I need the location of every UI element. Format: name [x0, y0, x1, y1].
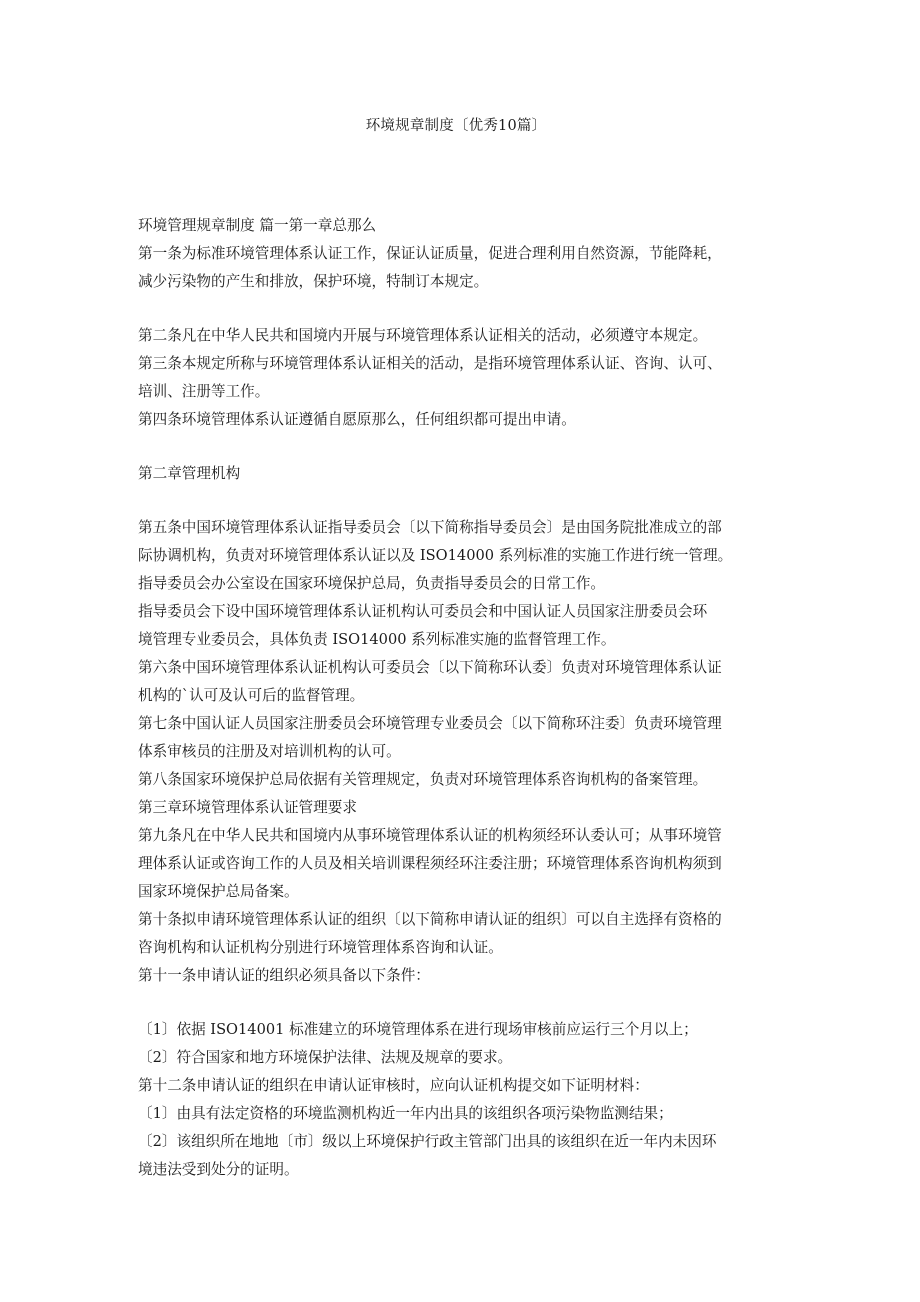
paragraph-line: 减少污染物的产生和排放，保护环境，特制订本规定。: [138, 268, 800, 296]
paragraph-line: 第七条中国认证人员国家注册委员会环境管理专业委员会〔以下简称环注委〕负责环境管理: [138, 710, 800, 738]
paragraph-line: 指导委员会办公室设在国家环境保护总局，负责指导委员会的日常工作。: [138, 570, 800, 598]
paragraph-gap: [138, 434, 800, 460]
document-body: 环境管理规章制度 篇一第一章总那么 第一条为标准环境管理体系认证工作，保证认证质…: [138, 212, 800, 1184]
document-title: 环境规章制度〔优秀10篇〕: [0, 115, 912, 137]
paragraph-line: 理体系认证或咨询工作的人员及相关培训课程须经环注委注册；环境管理体系咨询机构须到: [138, 850, 800, 878]
paragraph-line: 培训、注册等工作。: [138, 378, 800, 406]
list-item: 〔1〕依据 ISO14001 标准建立的环境管理体系在进行现场审核前应运行三个月…: [138, 1016, 800, 1044]
paragraph-line: 际协调机构，负责对环境管理体系认证以及 ISO14000 系列标准的实施工作进行…: [138, 542, 800, 570]
paragraph-line: 第十一条申请认证的组织必须具备以下条件：: [138, 962, 800, 990]
paragraph-line: 第四条环境管理体系认证遵循自愿原那么，任何组织都可提出申请。: [138, 406, 800, 434]
paragraph-line: 境管理专业委员会，具体负责 ISO14000 系列标准实施的监督管理工作。: [138, 626, 800, 654]
chapter-heading: 第三章环境管理体系认证管理要求: [138, 794, 800, 822]
paragraph-line: 第一条为标准环境管理体系认证工作，保证认证质量，促进合理利用自然资源，节能降耗，: [138, 240, 800, 268]
paragraph-line: 第九条凡在中华人民共和国境内从事环境管理体系认证的机构须经环认委认可；从事环境管: [138, 822, 800, 850]
paragraph-gap: [138, 488, 800, 514]
list-item: 〔1〕由具有法定资格的环境监测机构近一年内出具的该组织各项污染物监测结果；: [138, 1100, 800, 1128]
paragraph-gap: [138, 296, 800, 322]
paragraph-line: 第六条中国环境管理体系认证机构认可委员会〔以下简称环认委〕负责对环境管理体系认证: [138, 654, 800, 682]
list-item: 〔2〕符合国家和地方环境保护法律、法规及规章的要求。: [138, 1044, 800, 1072]
paragraph-line: 第十条拟申请环境管理体系认证的组织〔以下简称申请认证的组织〕可以自主选择有资格的: [138, 906, 800, 934]
document-page: 环境规章制度〔优秀10篇〕 环境管理规章制度 篇一第一章总那么 第一条为标准环境…: [0, 0, 920, 1302]
chapter-heading: 第二章管理机构: [138, 460, 800, 488]
paragraph-line: 第五条中国环境管理体系认证指导委员会〔以下简称指导委员会〕是由国务院批准成立的部: [138, 514, 800, 542]
paragraph-line: 体系审核员的注册及对培训机构的认可。: [138, 738, 800, 766]
paragraph-line: 第十二条申请认证的组织在申请认证审核时，应向认证机构提交如下证明材料：: [138, 1072, 800, 1100]
paragraph-line: 境违法受到处分的证明。: [138, 1156, 800, 1184]
list-item: 〔2〕该组织所在地地〔市〕级以上环境保护行政主管部门出具的该组织在近一年内未因环: [138, 1128, 800, 1156]
paragraph-gap: [138, 990, 800, 1016]
paragraph-line: 指导委员会下设中国环境管理体系认证机构认可委员会和中国认证人员国家注册委员会环: [138, 598, 800, 626]
paragraph-line: 咨询机构和认证机构分别进行环境管理体系咨询和认证。: [138, 934, 800, 962]
paragraph-line: 国家环境保护总局备案。: [138, 878, 800, 906]
paragraph-line: 第二条凡在中华人民共和国境内开展与环境管理体系认证相关的活动，必须遵守本规定。: [138, 322, 800, 350]
paragraph-line: 第三条本规定所称与环境管理体系认证相关的活动，是指环境管理体系认证、咨询、认可、: [138, 350, 800, 378]
paragraph-line: 第八条国家环境保护总局依据有关管理规定，负责对环境管理体系咨询机构的备案管理。: [138, 766, 800, 794]
section-heading: 环境管理规章制度 篇一第一章总那么: [138, 212, 800, 240]
paragraph-line: 机构的`认可及认可后的监督管理。: [138, 682, 800, 710]
